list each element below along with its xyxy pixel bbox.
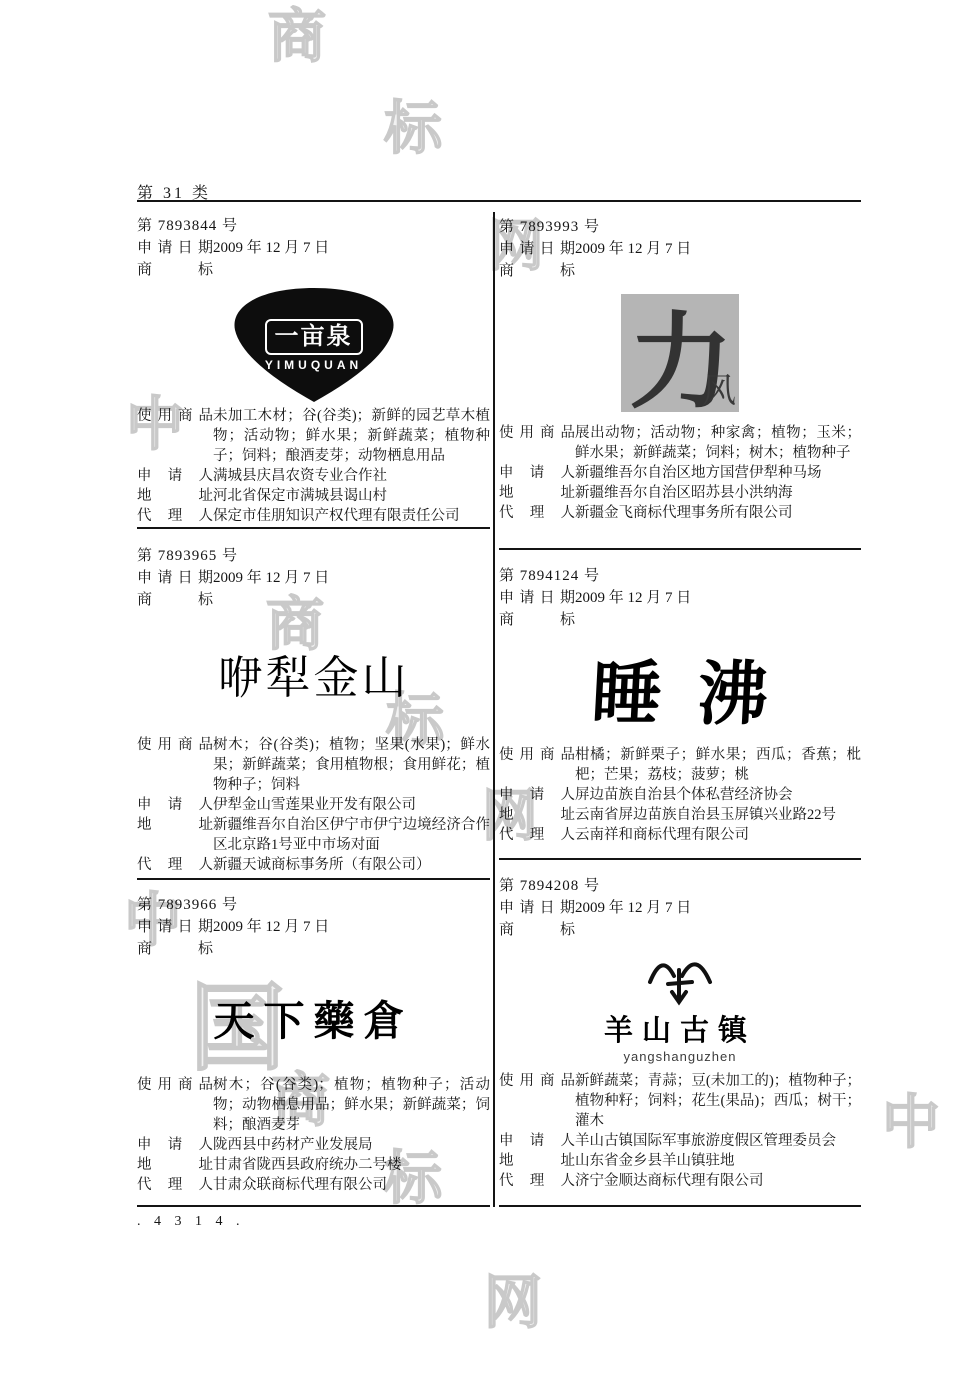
application-date-row: 申请日期 2009 年 12 月 7 日 bbox=[137, 567, 490, 589]
trademark-entry: 第 7893844 号 申请日期 2009 年 12 月 7 日 商 标 一亩泉… bbox=[137, 210, 490, 529]
watermark-char: 中 bbox=[882, 1094, 940, 1152]
goods-row: 使用商品 未加工木材；谷(谷类)；新鲜的园艺草木植物；活动物；鲜水果；新鲜蔬菜；… bbox=[137, 406, 490, 466]
trademark-number: 第 7893844 号 bbox=[137, 215, 490, 237]
address-value: 云南省屏边苗族自治县玉屏镇兴业路22号 bbox=[575, 805, 861, 825]
goods-row: 使用商品 树木；谷(谷类)；植物；坚果(水果)；鲜水果；新鲜蔬菜；食用植物根；食… bbox=[137, 735, 490, 795]
mark-label: 商 标 bbox=[499, 260, 575, 282]
mark-label-row: 商 标 bbox=[137, 938, 490, 960]
mark-cn-text: 一亩泉 bbox=[265, 319, 363, 355]
date-label: 申请日期 bbox=[137, 916, 213, 938]
right-column: 第 7893993 号 申请日期 2009 年 12 月 7 日 商 标 力 风… bbox=[499, 210, 861, 1207]
mark-pinyin-text: yangshanguzhen bbox=[623, 1049, 736, 1064]
address-row: 地 址 新疆维吾尔自治区伊宁市伊宁边境经济合作区北京路1号亚中市场对面 bbox=[137, 815, 490, 855]
date-value: 2009 年 12 月 7 日 bbox=[575, 238, 861, 260]
agent-value: 云南祥和商标代理有限公司 bbox=[575, 825, 861, 845]
agent-value: 甘肃众联商标代理有限公司 bbox=[213, 1175, 490, 1195]
mark-cn-text: 睡沸 bbox=[553, 638, 806, 739]
trademark-entry: 第 7893965 号 申请日期 2009 年 12 月 7 日 商 标 咿犁金… bbox=[137, 529, 490, 880]
application-date-row: 申请日期 2009 年 12 月 7 日 bbox=[499, 587, 861, 609]
agent-value: 新疆天诚商标事务所（有限公司） bbox=[213, 855, 490, 875]
date-label: 申请日期 bbox=[499, 238, 575, 260]
address-value: 河北省保定市满城县谒山村 bbox=[213, 486, 490, 506]
applicant-value: 屏边苗族自治县个体私营经济协会 bbox=[575, 785, 861, 805]
pick-badge: 一亩泉 YIMUQUAN bbox=[226, 285, 402, 403]
agent-value: 新疆金飞商标代理事务所有限公司 bbox=[575, 503, 861, 523]
pick-inner: 一亩泉 YIMUQUAN bbox=[226, 285, 402, 403]
agent-value: 济宁金顺达商标代理有限公司 bbox=[575, 1171, 861, 1191]
goods-value: 树木；谷(谷类)；植物；植物种子；活动物；动物栖息用品；鲜水果；新鲜蔬菜；饲料；… bbox=[213, 1075, 490, 1135]
date-label: 申请日期 bbox=[137, 567, 213, 589]
address-value: 新疆维吾尔自治区伊宁市伊宁边境经济合作区北京路1号亚中市场对面 bbox=[213, 815, 490, 855]
applicant-row: 申 请 人 新疆维吾尔自治区地方国营伊犁种马场 bbox=[499, 463, 861, 483]
mark-cn-text: 羊山古镇 bbox=[604, 1008, 756, 1049]
agent-label: 代 理 人 bbox=[137, 1175, 213, 1195]
goods-label: 使用商品 bbox=[499, 1071, 575, 1091]
mark-label: 商 标 bbox=[137, 589, 213, 611]
mark-label-row: 商 标 bbox=[499, 609, 861, 631]
trademark-number: 第 7893993 号 bbox=[499, 216, 861, 238]
yangshan-logo: 羊山古镇 yangshanguzhen bbox=[604, 948, 756, 1064]
agent-label: 代 理 人 bbox=[499, 825, 575, 845]
goods-label: 使用商品 bbox=[137, 406, 213, 426]
mark-label: 商 标 bbox=[499, 609, 575, 631]
goods-value: 新鲜蔬菜；青蒜；豆(未加工的)；植物种子；植物种籽；饲料；花生(果品)；西瓜；树… bbox=[575, 1071, 861, 1131]
trademark-image-yimuquan: 一亩泉 YIMUQUAN bbox=[137, 281, 490, 406]
agent-value: 保定市佳朋知识产权代理有限责任公司 bbox=[213, 506, 490, 526]
address-row: 地 址 甘肃省陇西县政府统办二号楼 bbox=[137, 1155, 490, 1175]
goods-label: 使用商品 bbox=[137, 735, 213, 755]
goods-value: 柑橘；新鲜栗子；鲜水果；西瓜；香蕉；枇杷；芒果；荔枝；菠萝；桃 bbox=[575, 745, 861, 785]
trademark-image-lifeng: 力 风 bbox=[499, 282, 861, 423]
goods-row: 使用商品 新鲜蔬菜；青蒜；豆(未加工的)；植物种子；植物种籽；饲料；花生(果品)… bbox=[499, 1071, 861, 1131]
address-value: 山东省金乡县羊山镇驻地 bbox=[575, 1151, 861, 1171]
address-value: 甘肃省陇西县政府统办二号楼 bbox=[213, 1155, 490, 1175]
application-date-row: 申请日期 2009 年 12 月 7 日 bbox=[499, 897, 861, 919]
goods-row: 使用商品 树木；谷(谷类)；植物；植物种子；活动物；动物栖息用品；鲜水果；新鲜蔬… bbox=[137, 1075, 490, 1135]
date-value: 2009 年 12 月 7 日 bbox=[213, 237, 490, 259]
mark-label-row: 商 标 bbox=[137, 259, 490, 281]
application-date-row: 申请日期 2009 年 12 月 7 日 bbox=[499, 238, 861, 260]
gazette-page: 中网标商国中网标商中网标商 第 31 类 第 7893844 号 申请日期 20… bbox=[0, 0, 980, 1400]
trademark-entry: 第 7894124 号 申请日期 2009 年 12 月 7 日 商 标 睡沸 … bbox=[499, 550, 861, 860]
applicant-label: 申 请 人 bbox=[137, 795, 213, 815]
address-label: 地 址 bbox=[499, 483, 575, 503]
trademark-number: 第 7893966 号 bbox=[137, 894, 490, 916]
applicant-label: 申 请 人 bbox=[499, 1131, 575, 1151]
trademark-entry: 第 7893993 号 申请日期 2009 年 12 月 7 日 商 标 力 风… bbox=[499, 210, 861, 550]
applicant-row: 申 请 人 伊犁金山雪莲果业开发有限公司 bbox=[137, 795, 490, 815]
applicant-value: 满城县庆昌农资专业合作社 bbox=[213, 466, 490, 486]
agent-label: 代 理 人 bbox=[137, 855, 213, 875]
address-label: 地 址 bbox=[137, 486, 213, 506]
trademark-entry: 第 7893966 号 申请日期 2009 年 12 月 7 日 商 标 天下藥… bbox=[137, 880, 490, 1207]
application-date-row: 申请日期 2009 年 12 月 7 日 bbox=[137, 237, 490, 259]
address-label: 地 址 bbox=[137, 1155, 213, 1175]
goods-label: 使用商品 bbox=[499, 423, 575, 443]
goods-value: 树木；谷(谷类)；植物；坚果(水果)；鲜水果；新鲜蔬菜；食用植物根；食用鲜花；植… bbox=[213, 735, 490, 795]
applicant-label: 申 请 人 bbox=[137, 1135, 213, 1155]
address-row: 地 址 河北省保定市满城县谒山村 bbox=[137, 486, 490, 506]
mark-label: 商 标 bbox=[499, 919, 575, 941]
trademark-number: 第 7893965 号 bbox=[137, 545, 490, 567]
goods-label: 使用商品 bbox=[499, 745, 575, 765]
agent-row: 代 理 人 云南祥和商标代理有限公司 bbox=[499, 825, 861, 845]
applicant-value: 陇西县中药材产业发展局 bbox=[213, 1135, 490, 1155]
applicant-row: 申 请 人 满城县庆昌农资专业合作社 bbox=[137, 466, 490, 486]
applicant-label: 申 请 人 bbox=[499, 785, 575, 805]
address-label: 地 址 bbox=[499, 1151, 575, 1171]
page-number: . 4 3 1 4 . bbox=[137, 1214, 245, 1230]
agent-row: 代 理 人 济宁金顺达商标代理有限公司 bbox=[499, 1171, 861, 1191]
agent-row: 代 理 人 甘肃众联商标代理有限公司 bbox=[137, 1175, 490, 1195]
address-label: 地 址 bbox=[499, 805, 575, 825]
agent-label: 代 理 人 bbox=[137, 506, 213, 526]
address-value: 新疆维吾尔自治区昭苏县小洪纳海 bbox=[575, 483, 861, 503]
left-column: 第 7893844 号 申请日期 2009 年 12 月 7 日 商 标 一亩泉… bbox=[137, 210, 490, 1207]
date-label: 申请日期 bbox=[499, 897, 575, 919]
trademark-number: 第 7894208 号 bbox=[499, 875, 861, 897]
date-value: 2009 年 12 月 7 日 bbox=[213, 916, 490, 938]
goods-row: 使用商品 展出动物；活动物；种家禽；植物；玉米；鲜水果；新鲜蔬菜；饲料；树木；植… bbox=[499, 423, 861, 463]
agent-row: 代 理 人 新疆天诚商标事务所（有限公司） bbox=[137, 855, 490, 875]
trademark-image-yangshanguzhen: 羊山古镇 yangshanguzhen bbox=[499, 941, 861, 1071]
mark-label-row: 商 标 bbox=[137, 589, 490, 611]
date-label: 申请日期 bbox=[137, 237, 213, 259]
address-row: 地 址 新疆维吾尔自治区昭苏县小洪纳海 bbox=[499, 483, 861, 503]
date-label: 申请日期 bbox=[499, 587, 575, 609]
watermark-char: 标 bbox=[384, 100, 442, 158]
goods-row: 使用商品 柑橘；新鲜栗子；鲜水果；西瓜；香蕉；枇杷；芒果；荔枝；菠萝；桃 bbox=[499, 745, 861, 785]
agent-label: 代 理 人 bbox=[499, 503, 575, 523]
agent-row: 代 理 人 新疆金飞商标代理事务所有限公司 bbox=[499, 503, 861, 523]
mark-cn-text: 天下藥倉 bbox=[214, 988, 414, 1047]
goat-horns-icon bbox=[642, 948, 718, 1006]
column-divider bbox=[493, 212, 495, 1207]
trademark-number: 第 7894124 号 bbox=[499, 565, 861, 587]
header-rule bbox=[137, 200, 861, 202]
watermark-char: 商 bbox=[268, 8, 326, 66]
mark-label-row: 商 标 bbox=[499, 919, 861, 941]
trademark-image-shuifei: 睡沸 bbox=[499, 631, 861, 745]
address-label: 地 址 bbox=[137, 815, 213, 835]
watermark-char: 网 bbox=[484, 1274, 542, 1332]
trademark-image-tianxiayaocang: 天下藥倉 bbox=[137, 960, 490, 1075]
applicant-row: 申 请 人 陇西县中药材产业发展局 bbox=[137, 1135, 490, 1155]
goods-label: 使用商品 bbox=[137, 1075, 213, 1095]
trademark-entry: 第 7894208 号 申请日期 2009 年 12 月 7 日 商 标 bbox=[499, 860, 861, 1207]
applicant-value: 羊山古镇国际军事旅游度假区管理委员会 bbox=[575, 1131, 861, 1151]
date-value: 2009 年 12 月 7 日 bbox=[575, 587, 861, 609]
goods-value: 未加工木材；谷(谷类)；新鲜的园艺草木植物；活动物；鲜水果；新鲜蔬菜；植物种子；… bbox=[213, 406, 490, 466]
trademark-image-yilijinshan: 咿犁金山 bbox=[137, 611, 490, 735]
agent-label: 代 理 人 bbox=[499, 1171, 575, 1191]
applicant-label: 申 请 人 bbox=[499, 463, 575, 483]
mark-latin-text: YIMUQUAN bbox=[265, 358, 362, 372]
mark-sub-char: 风 bbox=[702, 363, 736, 412]
address-row: 地 址 云南省屏边苗族自治县玉屏镇兴业路22号 bbox=[499, 805, 861, 825]
applicant-row: 申 请 人 羊山古镇国际军事旅游度假区管理委员会 bbox=[499, 1131, 861, 1151]
mark-label: 商 标 bbox=[137, 259, 213, 281]
address-row: 地 址 山东省金乡县羊山镇驻地 bbox=[499, 1151, 861, 1171]
mark-cn-text: 咿犁金山 bbox=[217, 641, 409, 706]
applicant-value: 伊犁金山雪莲果业开发有限公司 bbox=[213, 795, 490, 815]
date-value: 2009 年 12 月 7 日 bbox=[575, 897, 861, 919]
applicant-label: 申 请 人 bbox=[137, 466, 213, 486]
applicant-row: 申 请 人 屏边苗族自治县个体私营经济协会 bbox=[499, 785, 861, 805]
agent-row: 代 理 人 保定市佳朋知识产权代理有限责任公司 bbox=[137, 506, 490, 526]
lifeng-square: 力 风 bbox=[621, 294, 739, 412]
goods-value: 展出动物；活动物；种家禽；植物；玉米；鲜水果；新鲜蔬菜；饲料；树木；植物种子 bbox=[575, 423, 861, 463]
mark-label: 商 标 bbox=[137, 938, 213, 960]
date-value: 2009 年 12 月 7 日 bbox=[213, 567, 490, 589]
applicant-value: 新疆维吾尔自治区地方国营伊犁种马场 bbox=[575, 463, 861, 483]
application-date-row: 申请日期 2009 年 12 月 7 日 bbox=[137, 916, 490, 938]
